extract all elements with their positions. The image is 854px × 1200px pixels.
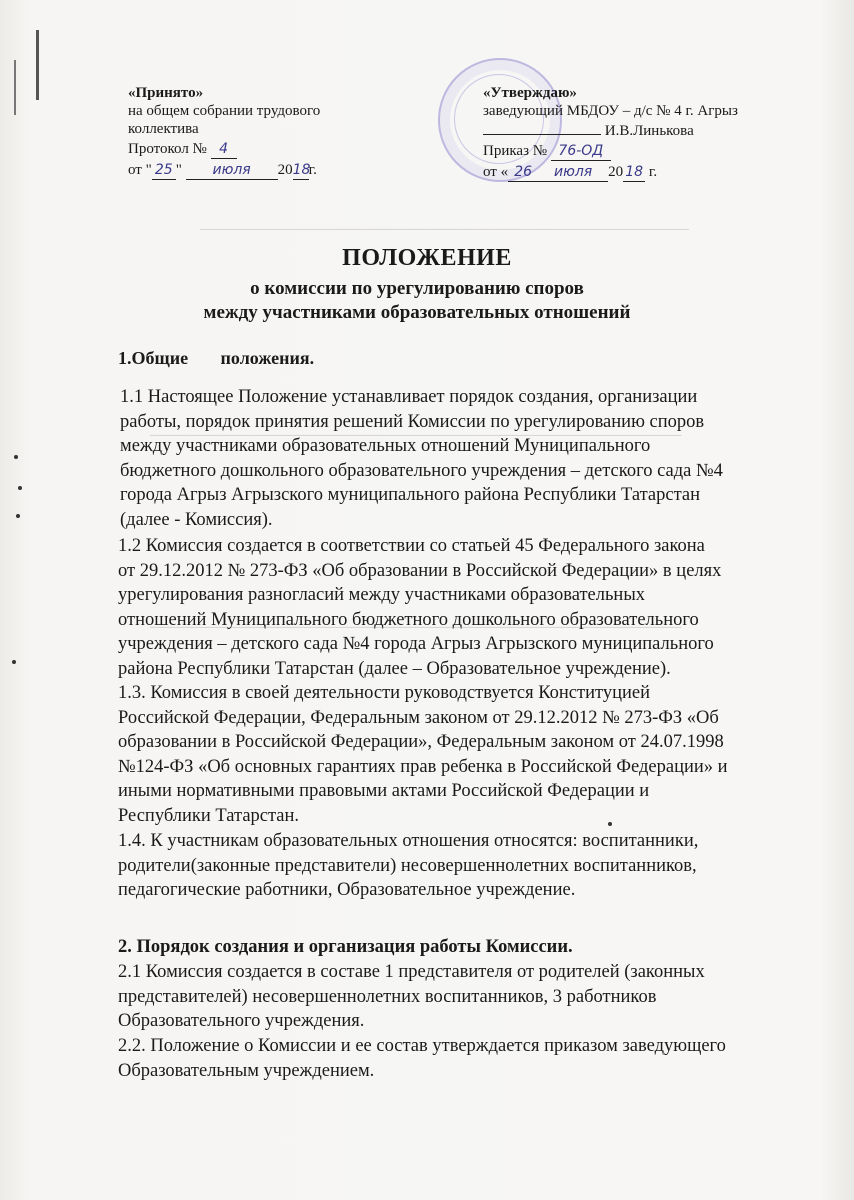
paragraph-1-2: 1.2 Комиссия создается в соответствии со… <box>118 534 818 681</box>
date-year-prefix: 20 <box>278 162 293 178</box>
text-line: работы, порядок принятия решений Комисси… <box>120 410 820 435</box>
document-page: ────────────────────────────────────────… <box>0 0 854 1200</box>
section-2-heading: 2. Порядок создания и организация работы… <box>118 935 818 960</box>
paragraph-1-3: 1.3. Комиссия в своей деятельности руков… <box>118 681 818 828</box>
scan-edge-mark <box>36 30 39 100</box>
date-prefix: от « <box>483 164 508 180</box>
scan-dot <box>14 455 18 459</box>
paragraph-1-4: 1.4. К участникам образовательных отноше… <box>118 829 818 903</box>
order-number: 76-ОД <box>551 142 611 161</box>
text-line: отношений Муниципального бюджетного дошк… <box>118 608 818 633</box>
text-line: иными нормативными правовыми актами Росс… <box>118 779 818 804</box>
text-line: 1.4. К участникам образовательных отноше… <box>118 829 818 854</box>
text-line: педагогические работники, Образовательно… <box>118 878 818 903</box>
protocol-label: Протокол № <box>128 141 207 157</box>
paragraph-1-1: 1.1 Настоящее Положение устанавливает по… <box>120 385 820 532</box>
text-line: урегулирования разногласий между участни… <box>118 583 818 608</box>
date-year-suffix: 18 <box>293 161 309 180</box>
text-line: района Республики Татарстан (далее – Обр… <box>118 657 818 682</box>
text-line: Российской Федерации, Федеральным законо… <box>118 706 818 731</box>
document-subtitle-2: между участниками образовательных отноше… <box>0 302 844 324</box>
document-subtitle-1: о комиссии по урегулированию споров <box>0 278 844 300</box>
paragraph-2-1: 2.1 Комиссия создается в составе 1 предс… <box>118 960 818 1034</box>
date-end: г. <box>645 164 657 180</box>
date-prefix: от " <box>128 162 152 178</box>
signature-line: И.В.Линькова <box>483 120 738 140</box>
date-day: 26 <box>508 163 538 182</box>
date-year-suffix: 18 <box>623 163 645 182</box>
date-quote: " <box>176 162 182 178</box>
section-1-heading: 1.Общие положения. <box>118 346 808 370</box>
scan-dot <box>16 514 20 518</box>
text-line: родители(законные представители) несовер… <box>118 854 818 879</box>
approved-position: заведующий МБДОУ – д/с № 4 г. Агрыз <box>483 102 738 120</box>
text-line: учреждения – детского сада №4 города Агр… <box>118 632 818 657</box>
bleed-through-text: ────────────────────────────────────────… <box>200 222 689 239</box>
signature-blank <box>483 120 601 135</box>
text-line: 1.1 Настоящее Положение устанавливает по… <box>120 385 820 410</box>
protocol-number: 4 <box>211 140 237 159</box>
text-line: бюджетного дошкольного образовательного … <box>120 459 820 484</box>
text-line: (далее - Комиссия). <box>120 508 820 533</box>
scan-edge-mark <box>14 60 16 115</box>
text-line: №124-ФЗ «Об основных гарантиях прав ребе… <box>118 755 818 780</box>
document-title: ПОЛОЖЕНИЕ <box>0 245 854 272</box>
accepted-line1: на общем собрании трудового <box>128 102 320 120</box>
accepted-label: «Принято» <box>128 84 320 102</box>
order-label: Приказ № <box>483 143 547 159</box>
order-line: Приказ № 76-ОД <box>483 142 738 161</box>
date-end: г. <box>309 162 317 178</box>
date-year-prefix: 20 <box>608 164 623 180</box>
text-line: представителей) несовершеннолетних воспи… <box>118 985 818 1010</box>
text-line: 1.3. Комиссия в своей деятельности руков… <box>118 681 818 706</box>
text-line: Образовательным учреждением. <box>118 1059 818 1084</box>
text-line: Образовательного учреждения. <box>118 1009 818 1034</box>
date-month: июля <box>186 161 278 180</box>
accepted-block: «Принято» на общем собрании трудового ко… <box>128 84 320 180</box>
approved-block: «Утверждаю» заведующий МБДОУ – д/с № 4 г… <box>483 84 738 182</box>
date-day: 25 <box>152 161 176 180</box>
protocol-line: Протокол № 4 <box>128 140 320 159</box>
date-month: июля <box>538 163 608 182</box>
text-line: 2.2. Положение о Комиссии и ее состав ут… <box>118 1034 818 1059</box>
approved-label: «Утверждаю» <box>483 84 738 102</box>
paragraph-2-2: 2.2. Положение о Комиссии и ее состав ут… <box>118 1034 818 1083</box>
signatory-name: И.В.Линькова <box>605 123 694 139</box>
accepted-line2: коллектива <box>128 120 320 138</box>
text-line: Республики Татарстан. <box>118 804 818 829</box>
scan-dot <box>18 486 22 490</box>
order-date-line: от «26июля2018 г. <box>483 163 738 182</box>
text-line: города Агрыз Агрызского муниципального р… <box>120 483 820 508</box>
text-line: 2.1 Комиссия создается в составе 1 предс… <box>118 960 818 985</box>
text-line: между участниками образовательных отноше… <box>120 434 820 459</box>
text-line: 1.2 Комиссия создается в соответствии со… <box>118 534 818 559</box>
scan-dot <box>12 660 16 664</box>
protocol-date-line: от "25" июля2018г. <box>128 161 320 180</box>
text-line: от 29.12.2012 № 273-ФЗ «Об образовании в… <box>118 559 818 584</box>
text-line: образовании в Российской Федерации», Фед… <box>118 730 818 755</box>
